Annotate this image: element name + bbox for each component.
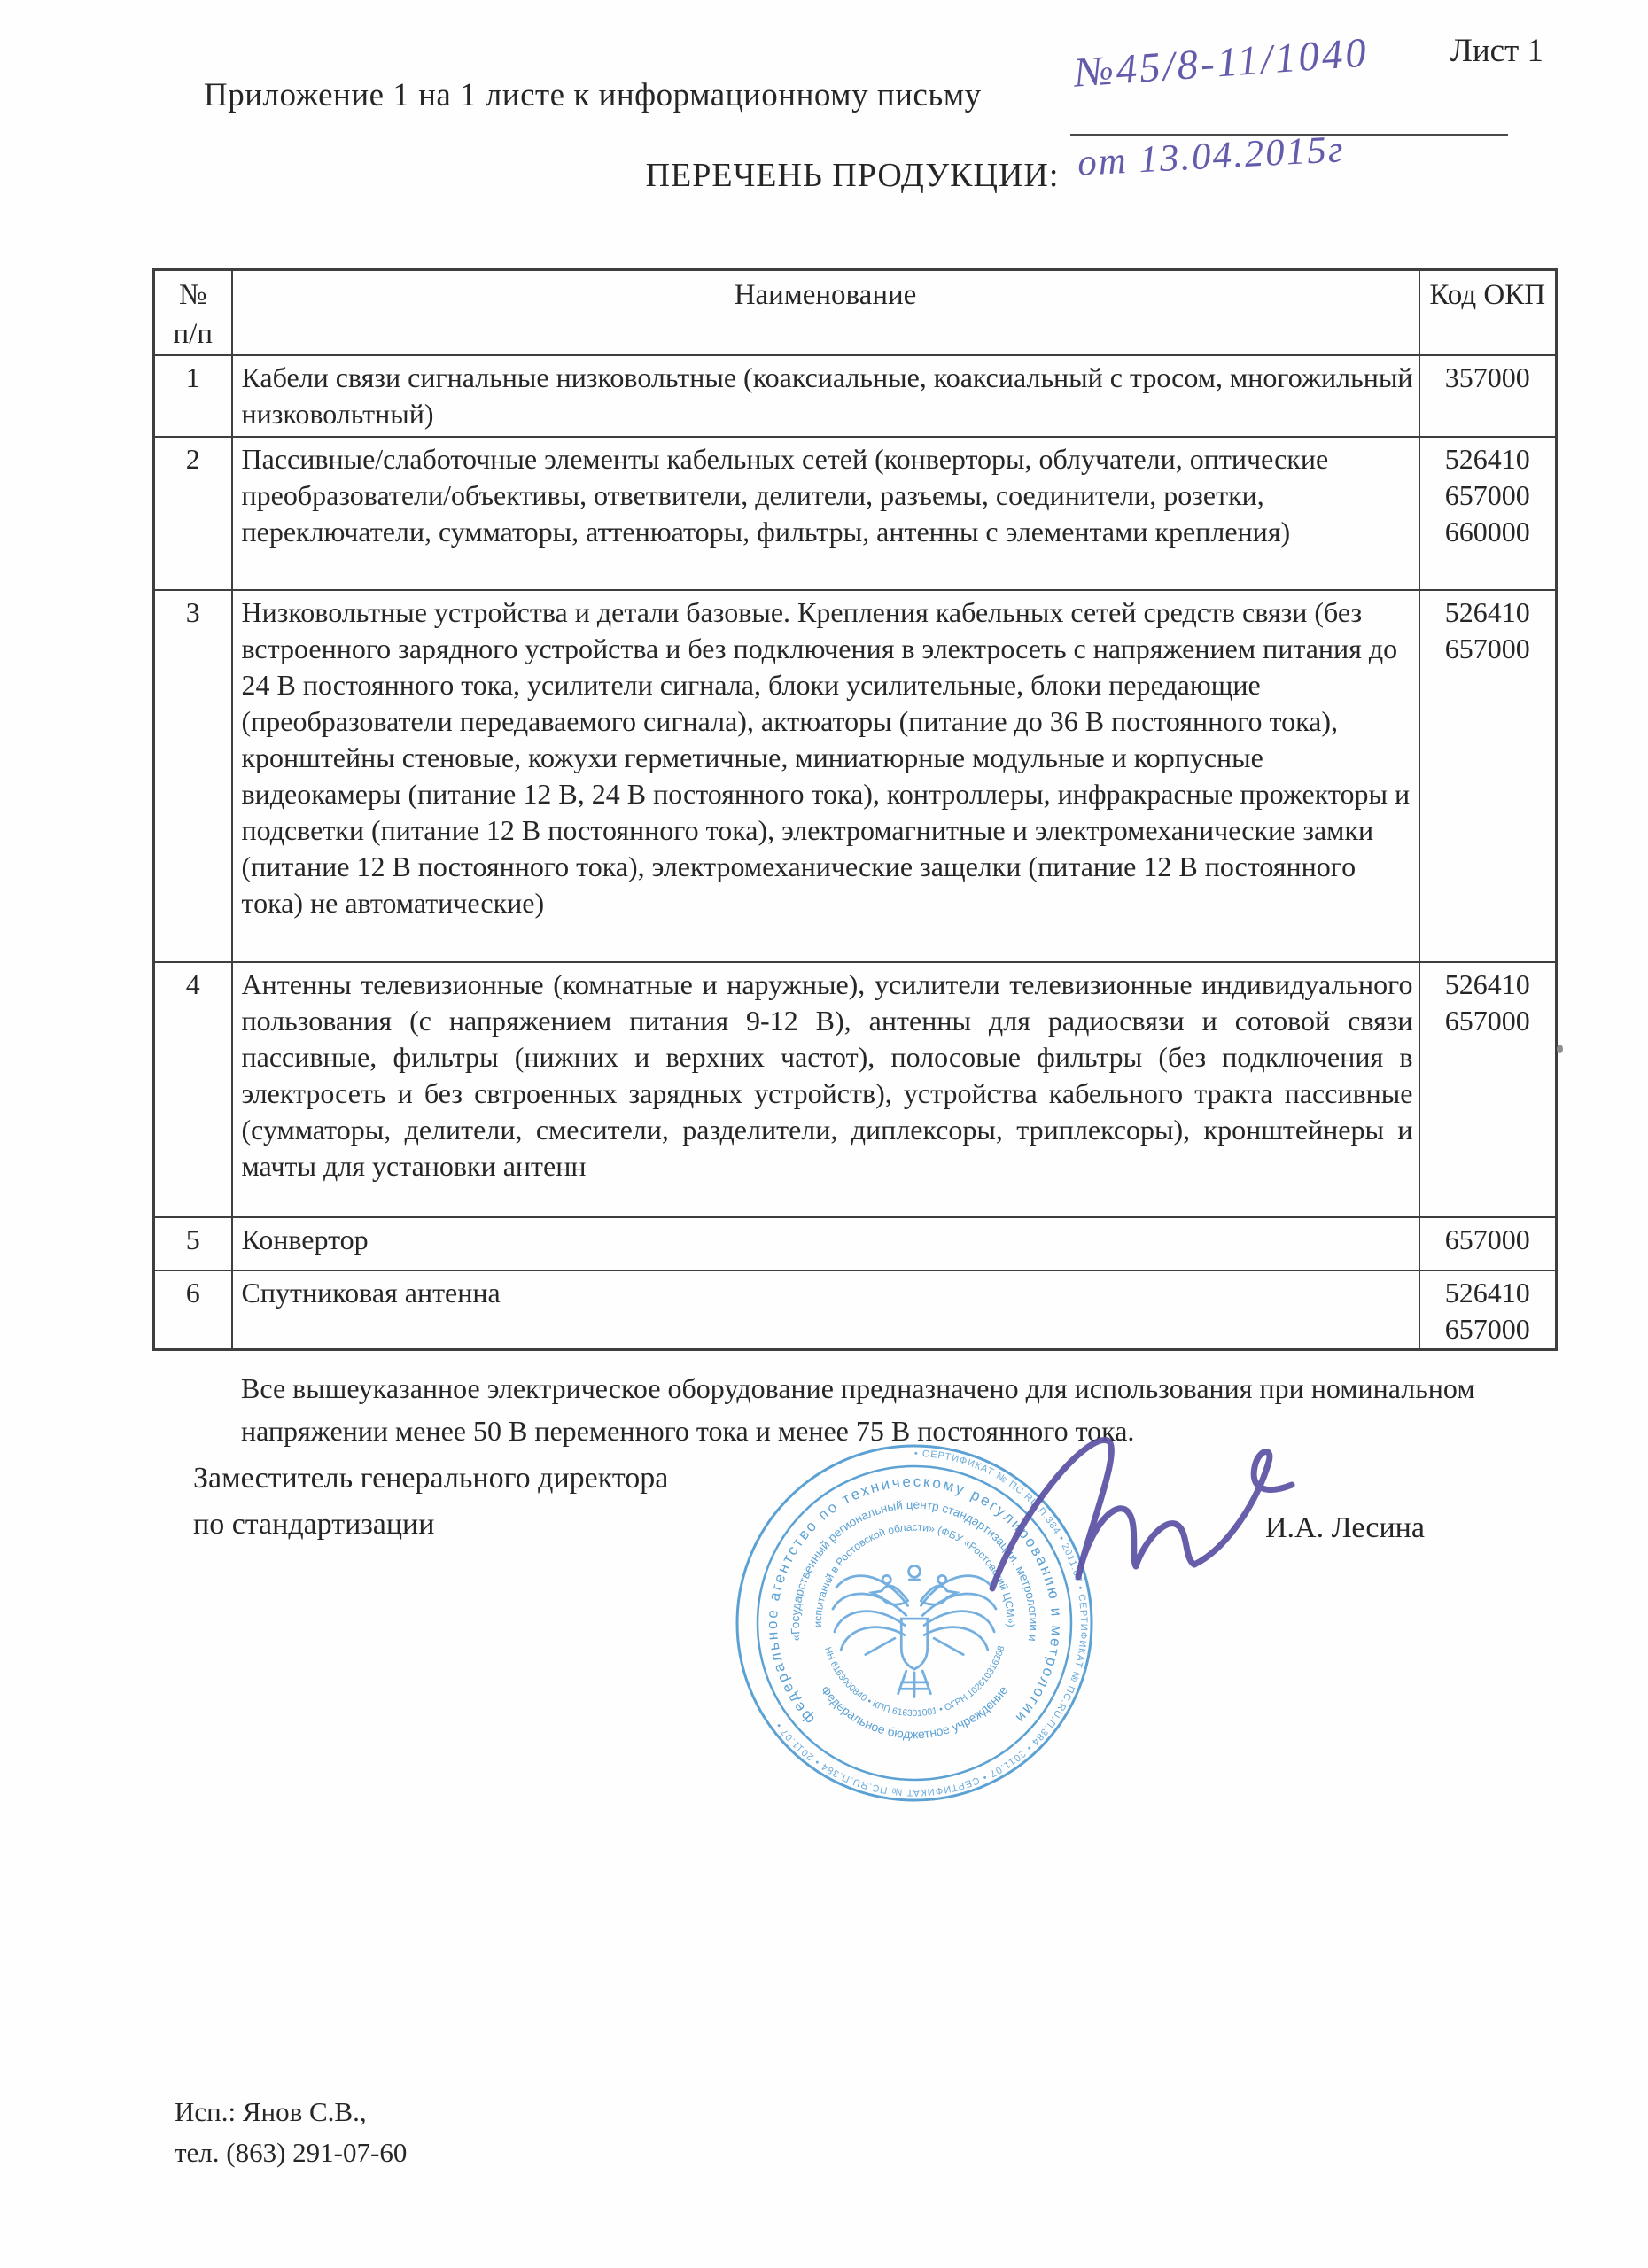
handwritten-letter-number: №45/8-11/1040 — [1073, 28, 1371, 97]
row-name: Кабели связи сигнальные низковольтные (к… — [232, 355, 1419, 437]
table-row: 5 Конвертор 657000 — [154, 1217, 1557, 1270]
table-row: 4 Антенны телевизионные (комнатные и нар… — [154, 962, 1557, 1217]
okp-code: 657000 — [1421, 478, 1555, 514]
okp-code: 357000 — [1421, 360, 1555, 396]
scan-artifact-dot — [1557, 1045, 1563, 1053]
okp-code: 526410 — [1421, 967, 1555, 1003]
row-name: Антенны телевизионные (комнатные и наруж… — [232, 962, 1419, 1217]
col-header-num-line1: № — [156, 276, 230, 315]
row-number: 3 — [154, 590, 232, 962]
okp-code: 660000 — [1421, 514, 1555, 550]
col-header-num: № п/п — [154, 270, 232, 356]
row-name: Конвертор — [232, 1217, 1419, 1270]
appendix-line: Приложение 1 на 1 листе к информационном… — [204, 76, 982, 114]
row-number: 1 — [154, 355, 232, 437]
products-table: № п/п Наименование Код ОКП 1 Кабели связ… — [152, 268, 1558, 1351]
signer-position-line2: по стандартизации — [193, 1508, 434, 1542]
table-row: 6 Спутниковая антенна 526410 657000 — [154, 1270, 1557, 1350]
okp-code: 526410 — [1421, 594, 1555, 631]
row-number: 5 — [154, 1217, 232, 1270]
row-name: Спутниковая антенна — [232, 1270, 1419, 1350]
col-header-num-line2: п/п — [156, 315, 230, 353]
executor-line: Исп.: Янов С.В., — [175, 2096, 367, 2128]
table-row: 2 Пассивные/слаботочные элементы кабельн… — [154, 437, 1557, 590]
table-row: 1 Кабели связи сигнальные низковольтные … — [154, 355, 1557, 437]
col-header-name: Наименование — [232, 270, 1419, 356]
row-number: 2 — [154, 437, 232, 590]
phone-line: тел. (863) 291-07-60 — [175, 2137, 407, 2169]
row-number: 4 — [154, 962, 232, 1217]
sheet-label: Лист 1 — [1450, 32, 1543, 70]
row-name: Пассивные/слаботочные элементы кабельных… — [232, 437, 1419, 590]
signer-position-line1: Заместитель генерального директора — [193, 1462, 668, 1495]
document-title: ПЕРЕЧЕНЬ ПРОДУКЦИИ: — [57, 156, 1648, 195]
okp-code: 526410 — [1421, 1275, 1555, 1311]
okp-code: 657000 — [1421, 1311, 1555, 1348]
okp-code: 657000 — [1421, 1222, 1555, 1258]
signature-strokes-icon — [966, 1407, 1320, 1615]
table-header-row: № п/п Наименование Код ОКП — [154, 270, 1557, 356]
col-header-code: Код ОКП — [1419, 270, 1557, 356]
row-number: 6 — [154, 1270, 232, 1350]
row-name: Низковольтные устройства и детали базовы… — [232, 590, 1419, 962]
document-page: Лист 1 Приложение 1 на 1 листе к информа… — [0, 0, 1648, 2268]
okp-code: 657000 — [1421, 1003, 1555, 1039]
okp-code: 526410 — [1421, 441, 1555, 478]
okp-code: 657000 — [1421, 631, 1555, 667]
table-row: 3 Низковольтные устройства и детали базо… — [154, 590, 1557, 962]
